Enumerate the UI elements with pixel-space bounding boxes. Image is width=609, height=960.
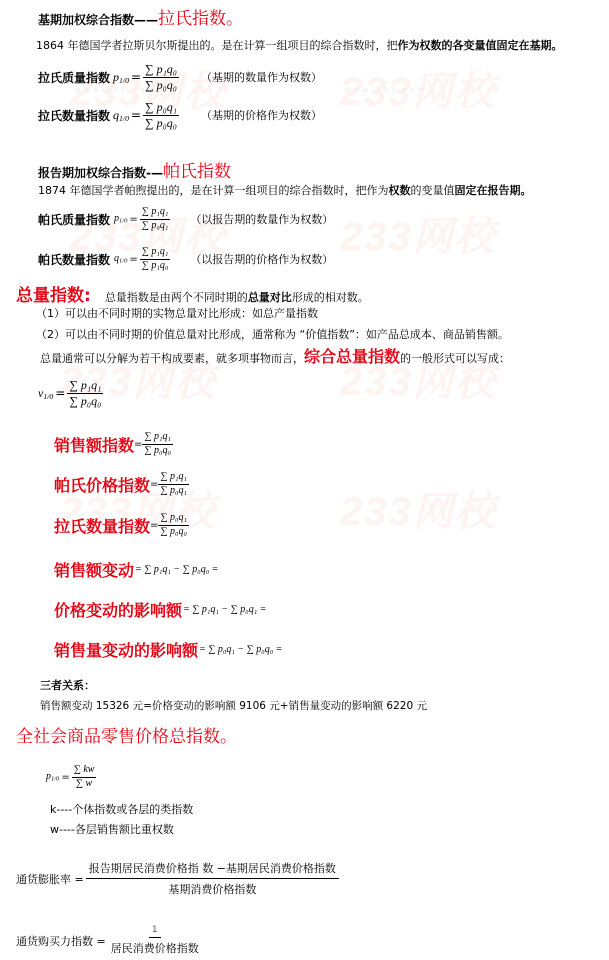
formula-label: 通货膨胀率 =: [16, 871, 84, 887]
change-row-sales: 销售额变动 = ∑ p₁q₁ − ∑ p₀q₀ =: [54, 558, 218, 581]
change-row-price: 价格变动的影响额 = ∑ p₁q₁ − ∑ p₀q₁ =: [54, 598, 266, 621]
fraction: 报告期居民消费价格指 数 −基期居民消费价格指数 基期消费价格指数: [86, 860, 339, 897]
equals: =: [61, 772, 69, 783]
equals: =: [131, 108, 141, 122]
formula-note: （基期的价格作为权数）: [201, 107, 322, 123]
heading-prefix: 报告期加权综合指数-—: [38, 166, 163, 180]
desc: 总量指数是由两个不同时期的总量对比形成的相对数。: [105, 289, 369, 305]
formula-label: 帕氏质量指数: [38, 211, 110, 228]
index-label: 帕氏价格指数: [54, 473, 150, 496]
formula-label: 拉氏数量指数: [38, 107, 110, 124]
total-index-heading: 总量指数: 总量指数是由两个不同时期的总量对比形成的相对数。: [16, 281, 369, 306]
fraction: ∑ p₁q₁ ∑ p₁q₀: [140, 247, 171, 271]
equals: =: [55, 386, 65, 400]
formula-note: （以报告期的数量作为权数）: [190, 211, 333, 227]
k-definition: k----个体指数或各层的类指数: [50, 801, 193, 817]
paasche-intro: 1874 年德国学者帕煦提出的，是在计算一组项目的综合指数时，把作为权数的变量值…: [38, 182, 532, 198]
total-index-item-2: （2）可以由不同时期的价值总量对比形成，通常称为 “价值指数”：如产品总成本、商…: [36, 326, 509, 342]
change-expr: = ∑ p₀q₁ − ∑ p₀q₀ =: [199, 644, 282, 655]
equals: =: [131, 70, 141, 84]
equals: =: [129, 254, 137, 265]
formula-lhs: q1/0: [114, 253, 127, 265]
formula-lhs: v1/0: [38, 386, 53, 401]
paasche-quality-row: 帕氏质量指数 p1/0 = ∑ p₁q₁ ∑ p₀q₁ （以报告期的数量作为权数…: [38, 202, 333, 236]
total-index-item-1: （1）可以由不同时期的实物总量对比形成：如总产量指数: [36, 305, 318, 321]
formula-label: 拉氏质量指数: [38, 69, 110, 86]
change-label: 价格变动的影响额: [54, 598, 182, 621]
change-label: 销售量变动的影响额: [54, 638, 198, 661]
fraction: ∑ p₁q₀ ∑ p₀q₀: [143, 63, 179, 91]
index-row-laspeyres-quantity: 拉氏数量指数 = ∑ p₀q₁ ∑ p₀q₀: [54, 504, 189, 546]
intro-bold: 作为权数的各变量值固定在基期。: [398, 39, 563, 52]
index-label: 拉氏数量指数: [54, 514, 150, 537]
formula-note: （基期的数量作为权数）: [201, 69, 322, 85]
change-expr: = ∑ p₁q₁ − ∑ p₀q₁ =: [183, 604, 266, 615]
relation-text: 销售额变动 15326 元=价格变动的影响额 9106 元+销售量变动的影响额 …: [40, 698, 427, 713]
formula-lhs: q1/0: [113, 108, 129, 123]
heading-prefix: 基期加权综合指数——: [38, 13, 158, 27]
heading-red: 总量指数:: [16, 281, 91, 306]
formula-lhs: p1/0: [46, 771, 59, 783]
index-row-sales: 销售额指数 = ∑ p₁q₁ ∑ p₀q₀: [54, 424, 173, 464]
retail-index-formula: p1/0 = ∑ kw ∑ w: [46, 760, 96, 794]
w-definition: w----各层销售额比重权数: [50, 821, 174, 837]
formula-label: 通货购买力指数 =: [16, 933, 106, 949]
laspeyres-quality-row: 拉氏质量指数 p1/0 = ∑ p₁q₀ ∑ p₀q₀ （基期的数量作为权数）: [38, 60, 322, 94]
total-index-general: 总量通常可以分解为若干构成要素，就多项事物而言，综合总量指数的一般形式可以写成：: [40, 344, 510, 367]
retail-index-heading: 全社会商品零售价格总指数。: [16, 722, 237, 747]
value-index-formula: v1/0 = ∑ p₁q₁ ∑ p₀q₀: [38, 373, 103, 413]
change-row-quantity: 销售量变动的影响额 = ∑ p₀q₁ − ∑ p₀q₀ =: [54, 638, 282, 661]
formula-lhs: p1/0: [113, 70, 129, 85]
fraction: ∑ p₁q₁ ∑ p₀q₁: [140, 207, 171, 231]
change-expr: = ∑ p₁q₁ − ∑ p₀q₀ =: [135, 564, 218, 575]
laspeyres-heading: 基期加权综合指数——拉氏指数。: [38, 4, 243, 29]
watermark: 233网校: [340, 205, 497, 262]
fraction: ∑ p₀q₁ ∑ p₀q₀: [143, 101, 179, 129]
change-label: 销售额变动: [54, 558, 134, 581]
fraction: ∑ kw ∑ w: [72, 765, 97, 789]
index-row-paasche-price: 帕氏价格指数 = ∑ p₁q₁ ∑ p₀q₁: [54, 464, 189, 504]
index-label: 销售额指数: [54, 433, 134, 456]
laspeyres-intro: 1864 年德国学者拉斯贝尔斯提出的。是在计算一组项目的综合指数时，把作为权数的…: [36, 37, 563, 53]
intro-text: 1864 年德国学者拉斯贝尔斯提出的。是在计算一组项目的综合指数时，把: [36, 39, 398, 52]
heading-red: 拉氏指数。: [158, 9, 243, 29]
watermark-url: www.233.com: [345, 86, 427, 94]
heading-red: 帕氏指数: [163, 162, 231, 182]
fraction: ∑ p₁q₁ ∑ p₀q₁: [158, 472, 189, 496]
fraction: ∑ p₁q₁ ∑ p₀q₀: [67, 379, 103, 407]
paasche-quantity-row: 帕氏数量指数 q1/0 = ∑ p₁q₁ ∑ p₁q₀ （以报告期的价格作为权数…: [38, 242, 333, 276]
fraction: ∑ p₀q₁ ∑ p₀q₀: [158, 513, 189, 537]
paasche-heading: 报告期加权综合指数-—帕氏指数: [38, 157, 231, 182]
fraction: 1 居民消费价格指数: [108, 925, 202, 956]
formula-lhs: p1/0: [114, 213, 127, 225]
relation-title: 三者关系：: [40, 677, 95, 693]
inflation-formula: 通货膨胀率 = 报告期居民消费价格指 数 −基期居民消费价格指数 基期消费价格指…: [16, 860, 339, 897]
laspeyres-quantity-row: 拉氏数量指数 q1/0 = ∑ p₀q₁ ∑ p₀q₀ （基期的价格作为权数）: [38, 96, 322, 134]
watermark: 233网校: [340, 480, 497, 537]
formula-note: （以报告期的价格作为权数）: [190, 251, 333, 267]
formula-label: 帕氏数量指数: [38, 251, 110, 268]
fraction: ∑ p₁q₁ ∑ p₀q₀: [142, 432, 173, 456]
purchasing-power-formula: 通货购买力指数 = 1 居民消费价格指数: [16, 925, 202, 956]
equals: =: [129, 214, 137, 225]
